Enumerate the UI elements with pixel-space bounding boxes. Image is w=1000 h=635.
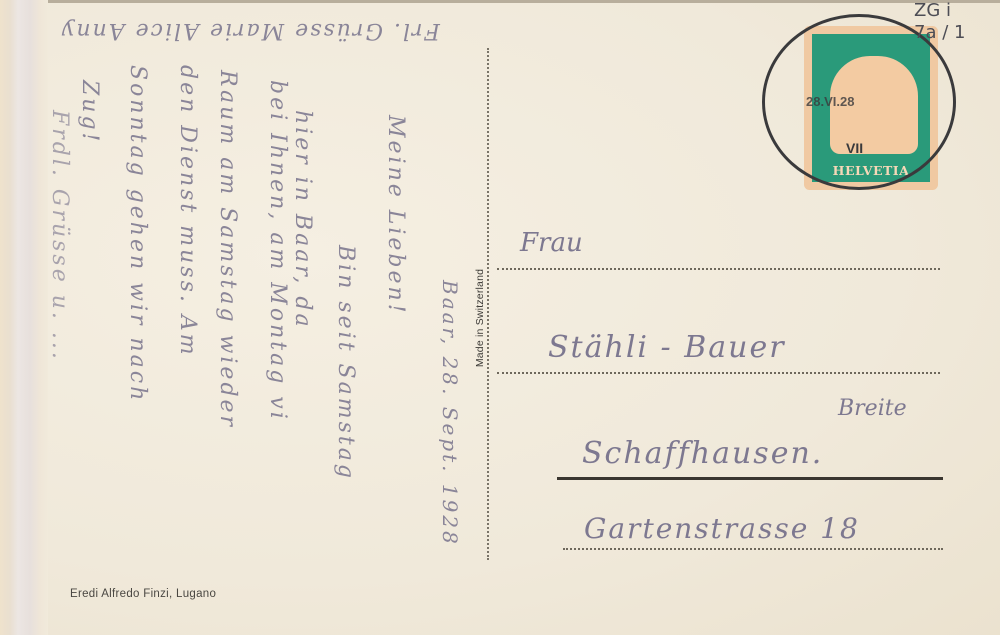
center-divider-dotted [487,48,489,560]
address-line-3: Schaffhausen. [582,436,823,471]
message-line: hier in Baar, da [290,110,315,330]
message-line: Frdl. Grüsse u. ... [47,110,72,362]
message-line: Raum am Samstag wieder [215,70,240,429]
address-rule-2 [497,372,940,374]
publisher-imprint: Eredi Alfredo Finzi, Lugano [70,588,216,600]
pencil-note-line2: 7a / 1 [914,22,965,43]
message-line: bei Ihnen, am Montag vi [265,80,290,422]
postmark-hour: VII [846,140,863,156]
made-in-switzerland-label: Made in Switzerland [474,269,486,367]
address-line-2b: Breite [838,396,907,421]
postcard-back: Frl. Grüsse Marie Alice Anny Meine Liebe… [0,0,1000,635]
address-line-4: Gartenstrasse 18 [584,512,860,545]
card-top-edge [0,0,1000,3]
message-line: Sonntag gehen wir nach [125,65,150,403]
pencil-note-line1: ZG i [914,0,951,21]
address-rule-1 [497,268,940,270]
address-line-1: Frau [520,228,583,258]
address-rule-3 [557,477,943,480]
message-dateline: Baar, 28. Sept. 1928 [438,280,462,547]
address-line-2: Stähli - Bauer [548,330,786,365]
message-line: Zug! [77,80,102,144]
folded-left-edge [0,0,48,635]
postmark-date: 28.VI.28 [806,94,854,109]
message-line: Meine Lieben! [383,115,408,316]
message-line: den Dienst muss. Am [175,65,200,358]
address-rule-4 [563,548,943,550]
top-margin-handwriting: Frl. Grüsse Marie Alice Anny [60,18,440,43]
message-line: Bin seit Samstag [333,245,358,481]
